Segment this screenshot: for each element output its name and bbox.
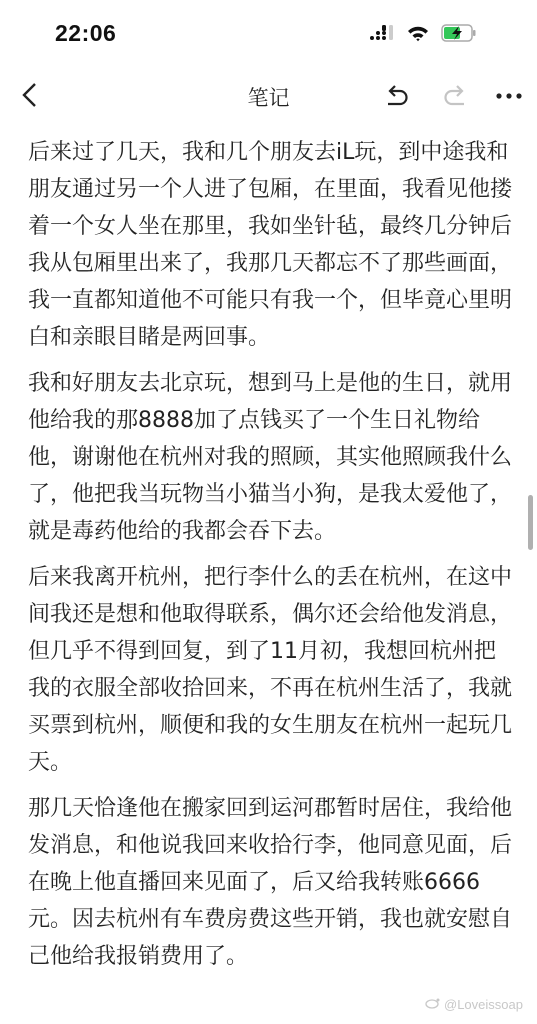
battery-charging-icon: [441, 24, 477, 46]
note-body[interactable]: 后来过了几天，我和几个朋友去iL玩，到中途我和朋友通过另一个人进了包厢，在里面，…: [28, 134, 512, 984]
more-horizontal-icon[interactable]: [494, 82, 524, 112]
status-bar: 22:06: [0, 0, 537, 64]
undo-icon[interactable]: [384, 82, 412, 112]
watermark: @Loveissoap: [425, 997, 523, 1012]
note-paragraph: 后来过了几天，我和几个朋友去iL玩，到中途我和朋友通过另一个人进了包厢，在里面，…: [28, 134, 512, 356]
note-paragraph: 那几天恰逢他在搬家回到运河郡暂时居住，我给他发消息，和他说我回来收拾行李，他同意…: [28, 790, 512, 975]
watermark-text: @Loveissoap: [444, 997, 523, 1012]
nav-bar: 笔记: [0, 70, 537, 120]
note-paragraph: 我和好朋友去北京玩，想到马上是他的生日，就用他给我的那8888加了点钱买了一个生…: [28, 365, 512, 550]
status-icons: [369, 24, 477, 46]
weibo-icon: [425, 997, 441, 1012]
wifi-icon: [407, 25, 429, 46]
redo-icon[interactable]: [440, 82, 468, 112]
status-time: 22:06: [55, 20, 116, 47]
cellular-signal-icon: [369, 24, 395, 46]
scrollbar[interactable]: [528, 495, 533, 550]
note-paragraph: 后来我离开杭州，把行李什么的丢在杭州，在这中间我还是想和他取得联系，偶尔还会给他…: [28, 559, 512, 781]
